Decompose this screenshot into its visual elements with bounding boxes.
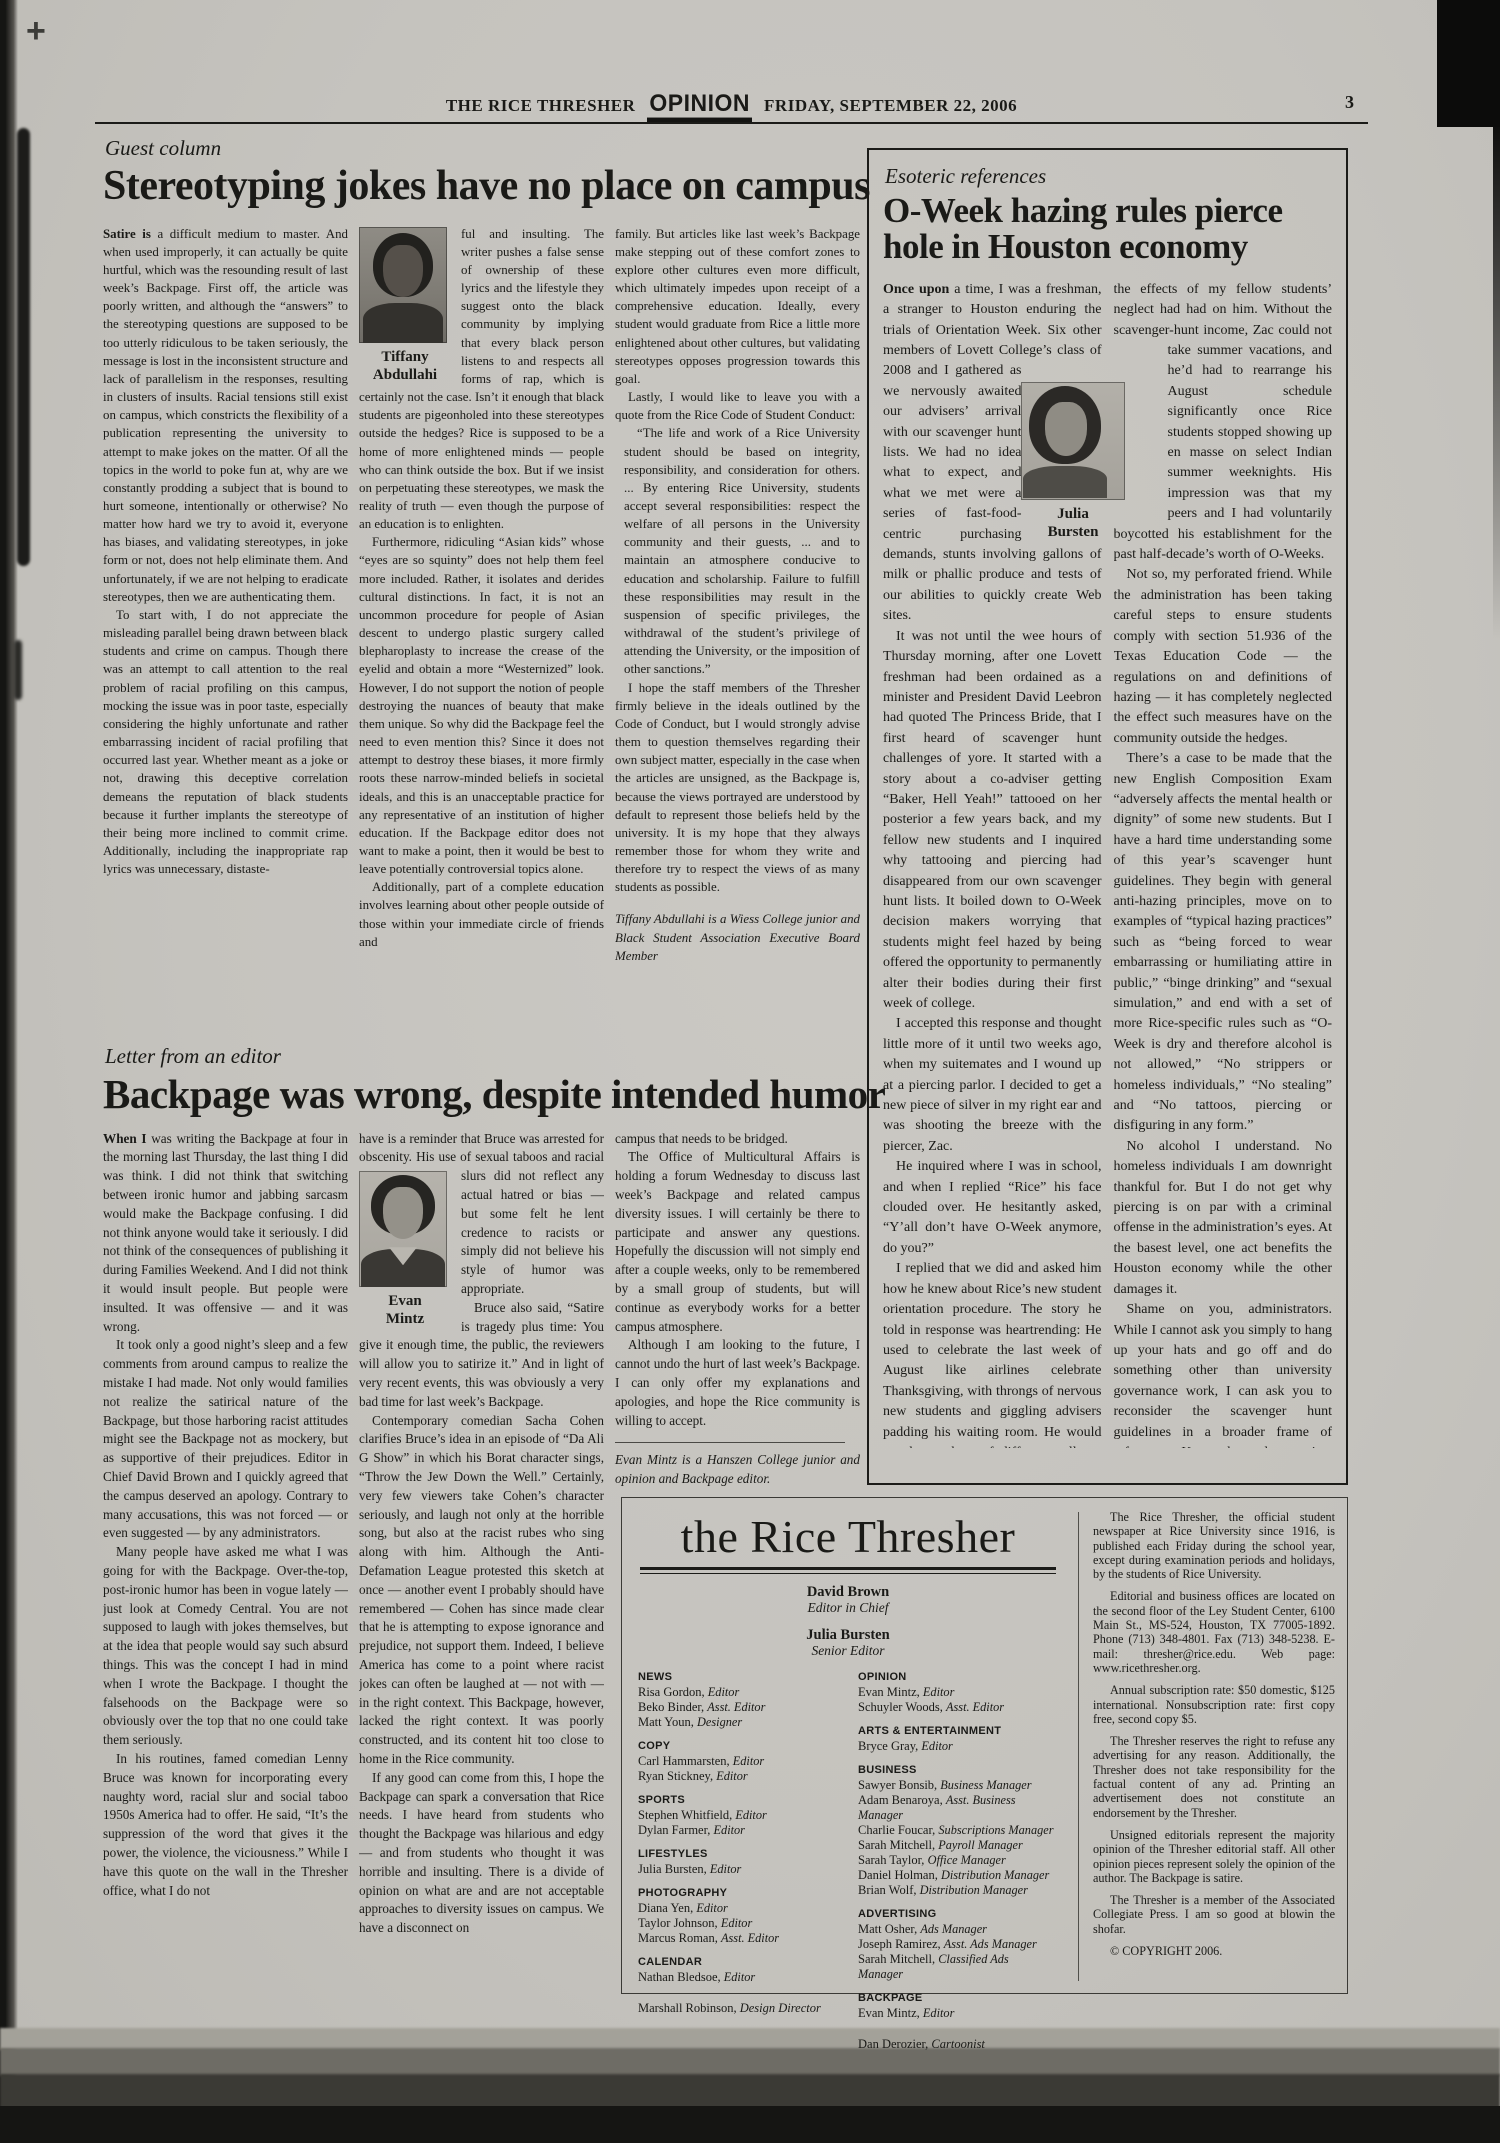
logo-double-rule bbox=[640, 1567, 1056, 1574]
scan-edge-left bbox=[0, 0, 18, 2143]
oweek-kicker: Esoteric references bbox=[885, 164, 1332, 189]
letter-text: campus that needs to be bridged. bbox=[615, 1130, 860, 1149]
staff-column-left: NEWS Risa Gordon, Editor Beko Binder, As… bbox=[638, 1670, 834, 2052]
issue-date: FRIDAY, SEPTEMBER 22, 2006 bbox=[764, 96, 1017, 116]
letter-headline: Backpage was wrong, despite intended hum… bbox=[103, 1073, 861, 1116]
page-header: THE RICE THRESHER OPINION FRIDAY, SEPTEM… bbox=[95, 90, 1368, 116]
letter-text: The Office of Multicultural Affairs is h… bbox=[615, 1148, 860, 1336]
tiffany-abdullahi-photo bbox=[359, 227, 447, 343]
legal-paragraph: The Rice Thresher, the official student … bbox=[1093, 1510, 1335, 1581]
oweek-lead-in: Once upon bbox=[883, 282, 949, 297]
staff-section-backpage: BACKPAGE Evan Mintz, Editor bbox=[858, 1991, 1054, 2021]
legal-paragraph: The Thresher reserves the right to refus… bbox=[1093, 1734, 1335, 1820]
design-director-credit: Marshall Robinson, Design Director bbox=[638, 2001, 834, 2016]
scan-corner-black bbox=[1437, 0, 1500, 127]
guest-column-3: family. But articles like last week’s Ba… bbox=[615, 225, 860, 1027]
letter-text: If any good can come from this, I hope t… bbox=[359, 1769, 604, 1938]
scan-shadow-band bbox=[0, 2074, 1500, 2110]
oweek-text: I replied that we did and asked him how … bbox=[883, 1259, 1102, 1448]
author-photo-block: Julia Bursten bbox=[1021, 382, 1125, 541]
oweek-text: I accepted this response and thought lit… bbox=[883, 1014, 1102, 1157]
guest-text: I hope the staff members of the Thresher… bbox=[615, 679, 860, 897]
guest-text: To start with, I do not appreciate the m… bbox=[103, 606, 348, 878]
photo-caption: Evan Mintz bbox=[359, 1292, 451, 1328]
cartoonist-credit: Dan Derozier, Cartoonist bbox=[858, 2037, 1054, 2052]
evan-mintz-photo bbox=[359, 1171, 447, 1287]
letter-text: Contemporary comedian Sacha Cohen clarif… bbox=[359, 1412, 604, 1769]
portrait-face bbox=[1045, 402, 1087, 456]
staff-column-right: OPINION Evan Mintz, Editor Schuyler Wood… bbox=[858, 1670, 1054, 2052]
author-photo-block: Evan Mintz bbox=[359, 1171, 451, 1328]
letter-text: In his routines, famed comedian Lenny Br… bbox=[103, 1750, 348, 1900]
staff-section-photography: PHOTOGRAPHY Diana Yen, Editor Taylor Joh… bbox=[638, 1886, 834, 1946]
guest-column-2: Tiffany Abdullahi ful and insulting. The… bbox=[359, 225, 604, 1027]
oweek-text: No alcohol I understand. No homeless ind… bbox=[1114, 1137, 1333, 1300]
oweek-headline: O-Week hazing rules pierce hole in Houst… bbox=[883, 193, 1332, 266]
guest-author-credit: Tiffany Abdullahi is a Wiess College jun… bbox=[615, 910, 860, 964]
header-rule bbox=[95, 122, 1368, 124]
letter-kicker: Letter from an editor bbox=[105, 1044, 861, 1069]
masthead-divider-rule bbox=[1078, 1512, 1079, 1981]
staff-section-calendar: CALENDAR Nathan Bledsoe, Editor bbox=[638, 1955, 834, 1985]
guest-text: Lastly, I would like to leave you with a… bbox=[615, 388, 860, 424]
oweek-text: Shame on you, administrators. While I ca… bbox=[1114, 1300, 1333, 1448]
staff-section-copy: COPY Carl Hammarsten, Editor Ryan Stickn… bbox=[638, 1739, 834, 1784]
senior-editor-block: Julia Bursten Senior Editor bbox=[638, 1627, 1058, 1659]
page-number: 3 bbox=[1345, 92, 1354, 113]
staff-section-arts: ARTS & ENTERTAINMENT Bryce Gray, Editor bbox=[858, 1724, 1054, 1754]
legal-paragraph: The Thresher is a member of the Associat… bbox=[1093, 1893, 1335, 1936]
staff-columns: NEWS Risa Gordon, Editor Beko Binder, As… bbox=[638, 1670, 1058, 2052]
guest-text: Additionally, part of a complete educati… bbox=[359, 878, 604, 951]
legal-paragraph: Annual subscription rate: $50 domestic, … bbox=[1093, 1683, 1335, 1726]
portrait-torso bbox=[1023, 466, 1107, 498]
staff-section-news: NEWS Risa Gordon, Editor Beko Binder, As… bbox=[638, 1670, 834, 1730]
portrait-torso bbox=[363, 303, 443, 343]
oweek-text: There’s a case to be made that the new E… bbox=[1114, 749, 1333, 1137]
letter-column-2: have is a reminder that Bruce was arrest… bbox=[359, 1130, 604, 1968]
masthead-staff-area: the Rice Thresher David Brown Editor in … bbox=[638, 1510, 1058, 1993]
oweek-text: Not so, my perforated friend. While the … bbox=[1114, 565, 1333, 749]
masthead-legal-column: The Rice Thresher, the official student … bbox=[1093, 1510, 1347, 1993]
letter-text: reflect any actual hatred or bias — but … bbox=[461, 1168, 604, 1296]
author-photo-block: Tiffany Abdullahi bbox=[359, 227, 451, 384]
guest-headline: Stereotyping jokes have no place on camp… bbox=[103, 165, 861, 209]
publication-name: THE RICE THRESHER bbox=[446, 96, 636, 116]
photo-caption: Tiffany Abdullahi bbox=[359, 348, 451, 384]
oweek-column-2: the effects of my fellow students’ negle… bbox=[1114, 280, 1333, 1448]
copyright-line: © COPYRIGHT 2006. bbox=[1093, 1944, 1335, 1958]
oweek-text: He inquired where I was in school, and w… bbox=[883, 1157, 1102, 1259]
guest-text: Furthermore, ridiculing “Asian kids” who… bbox=[359, 533, 604, 878]
oweek-text: It was not until the wee hours of Thursd… bbox=[883, 627, 1102, 1015]
newspaper-page-scan: + THE RICE THRESHER OPINION FRIDAY, SEPT… bbox=[0, 0, 1500, 2143]
guest-columns: Satire is a difficult medium to master. … bbox=[103, 225, 861, 1027]
scan-edge-right bbox=[1493, 120, 1500, 640]
scan-artifact-blob bbox=[17, 128, 30, 566]
staff-section-sports: SPORTS Stephen Whitfield, Editor Dylan F… bbox=[638, 1793, 834, 1838]
guest-lead-in: Satire is bbox=[103, 227, 151, 241]
guest-text: a difficult medium to master. And when u… bbox=[103, 227, 348, 604]
legal-paragraph: Editorial and business offices are locat… bbox=[1093, 1589, 1335, 1675]
legal-paragraph: Unsigned editorials represent the majori… bbox=[1093, 1828, 1335, 1885]
guest-conduct-quote: “The life and work of a Rice University … bbox=[615, 424, 860, 678]
portrait-face bbox=[383, 245, 423, 297]
portrait-face bbox=[383, 1187, 423, 1239]
staff-section-lifestyles: LIFESTYLES Julia Bursten, Editor bbox=[638, 1847, 834, 1877]
guest-column-article: Guest column Stereotyping jokes have no … bbox=[103, 136, 861, 1027]
letter-column-1: When I was writing the Backpage at four … bbox=[103, 1130, 348, 1968]
staff-section-opinion: OPINION Evan Mintz, Editor Schuyler Wood… bbox=[858, 1670, 1054, 1715]
staff-section-business: BUSINESS Sawyer Bonsib, Business Manager… bbox=[858, 1763, 1054, 1898]
credit-divider-rule bbox=[615, 1442, 845, 1443]
letter-text: was writing the Backpage at four in the … bbox=[103, 1131, 348, 1334]
editor-in-chief-block: David Brown Editor in Chief bbox=[638, 1584, 1058, 1616]
scan-shadow-band bbox=[0, 2048, 1500, 2076]
staff-section-advertising: ADVERTISING Matt Osher, Ads Manager Jose… bbox=[858, 1907, 1054, 1982]
masthead-box: the Rice Thresher David Brown Editor in … bbox=[621, 1497, 1348, 1994]
scan-artifact-blob-small bbox=[14, 640, 22, 700]
letter-text: Many people have asked me what I was goi… bbox=[103, 1543, 348, 1750]
letter-text: It took only a good night’s sleep and a … bbox=[103, 1336, 348, 1543]
oweek-boxed-article: Esoteric references O-Week hazing rules … bbox=[867, 148, 1348, 1485]
scan-shadow-band bbox=[0, 2106, 1500, 2143]
letter-text: Although I am looking to the future, I c… bbox=[615, 1336, 860, 1430]
letter-lead-in: When I bbox=[103, 1131, 147, 1146]
guest-column-1: Satire is a difficult medium to master. … bbox=[103, 225, 348, 1027]
photo-caption: Julia Bursten bbox=[1021, 505, 1125, 541]
guest-text: family. But articles like last week’s Ba… bbox=[615, 225, 860, 388]
julia-bursten-photo bbox=[1021, 382, 1125, 500]
registration-cross-mark: + bbox=[26, 12, 46, 51]
letter-author-credit: Evan Mintz is a Hanszen College junior a… bbox=[615, 1451, 860, 1489]
thresher-logo: the Rice Thresher bbox=[638, 1514, 1058, 1560]
guest-kicker: Guest column bbox=[105, 136, 861, 161]
section-title: OPINION bbox=[647, 89, 752, 123]
